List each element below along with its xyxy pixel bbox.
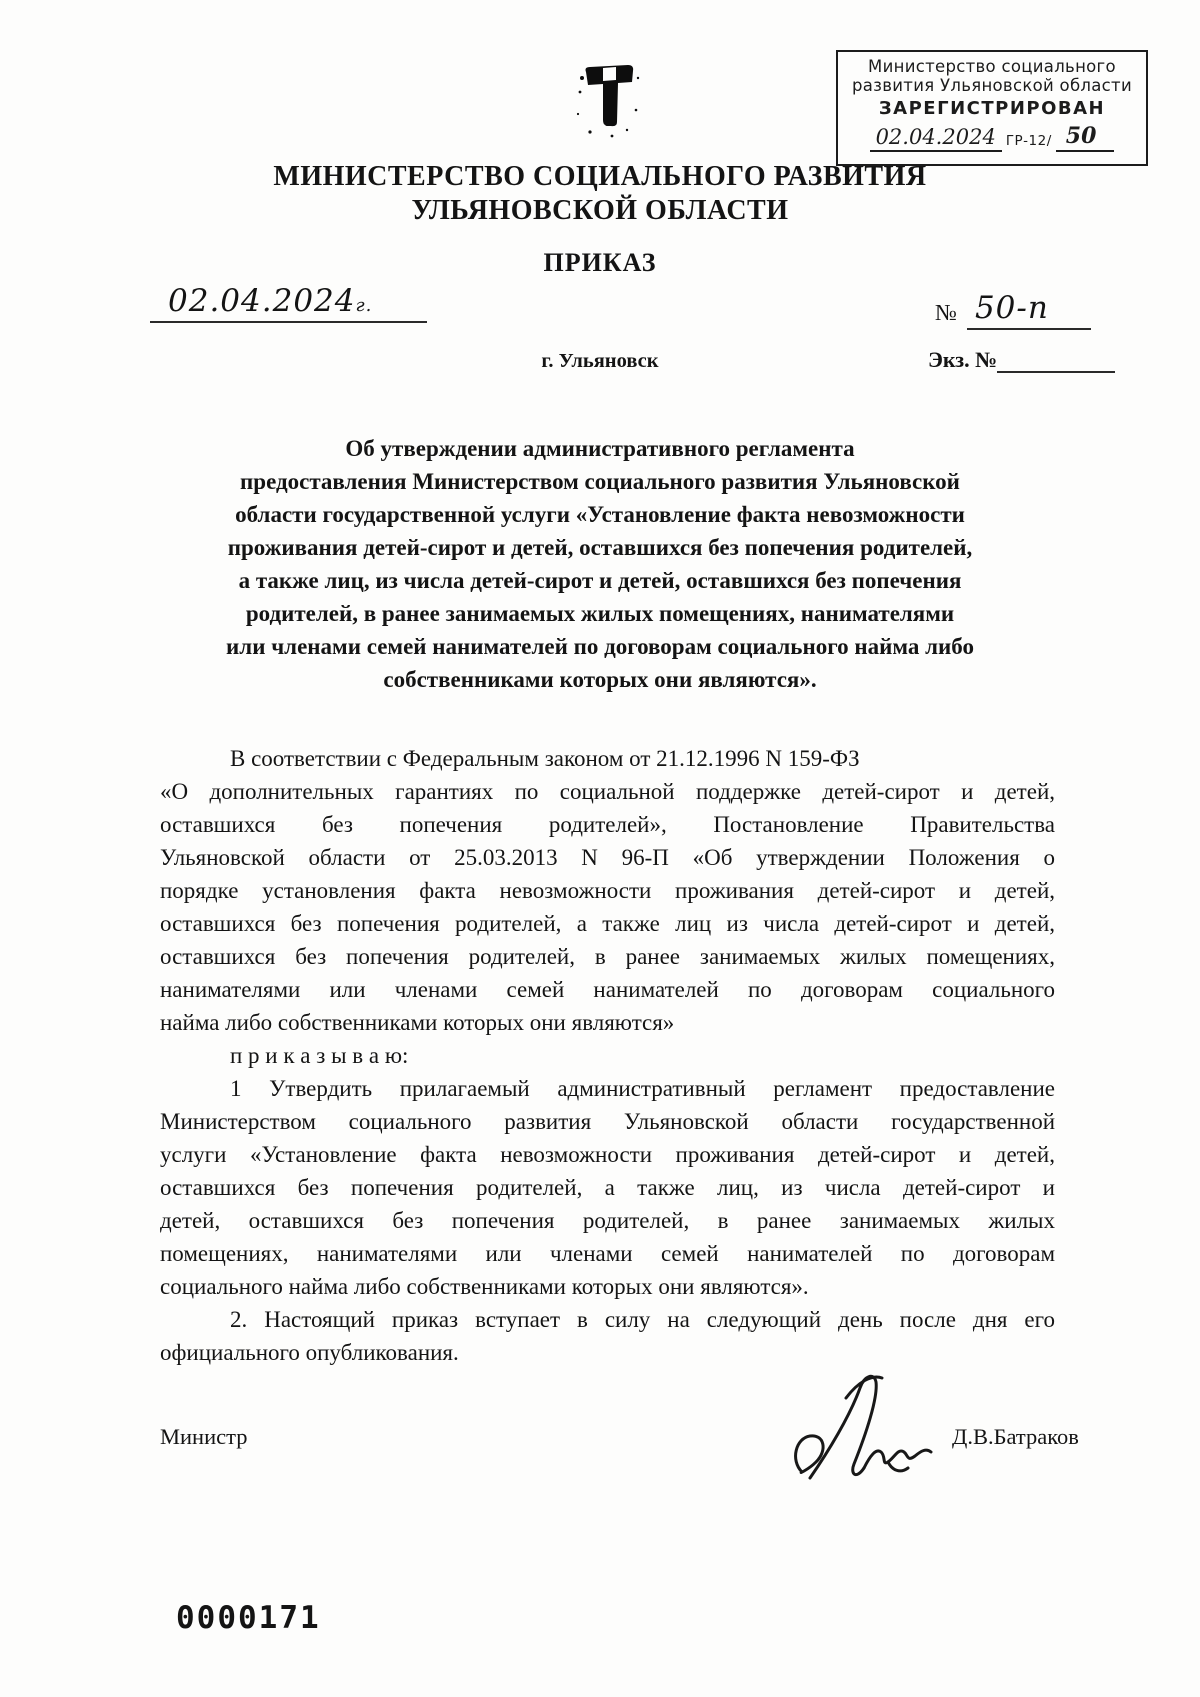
order-title: Об утверждении административного регламе… <box>150 432 1050 696</box>
order-body-line: Министерством социального развития Ульян… <box>160 1105 1055 1138</box>
stamp-handwritten-date: 02.04.2024 <box>870 125 1002 152</box>
ministry-name-line2: УЛЬЯНОВСКОЙ ОБЛАСТИ <box>0 194 1200 228</box>
order-body-line: оставшихся без попечения родителей, в ра… <box>160 940 1055 973</box>
order-body-line: нанимателями или членами семей нанимател… <box>160 973 1055 1006</box>
order-title-line: а также лиц, из числа детей-сирот и дете… <box>150 564 1050 597</box>
ministry-name-line1: МИНИСТЕРСТВО СОЦИАЛЬНОГО РАЗВИТИЯ <box>0 160 1200 194</box>
order-title-line: Об утверждении административного регламе… <box>150 432 1050 465</box>
handwritten-order-date: 02.04.2024г. <box>150 283 427 323</box>
ministry-name: МИНИСТЕРСТВО СОЦИАЛЬНОГО РАЗВИТИЯ УЛЬЯНО… <box>0 160 1200 228</box>
stamp-date-number-row: 02.04.2024 ГР-12/ 50 <box>844 123 1140 152</box>
order-body-line: услуги «Установление факта невозможности… <box>160 1138 1055 1171</box>
order-body-line: «О дополнительных гарантиях по социально… <box>160 775 1055 808</box>
order-document-page: Министерство социального развития Ульяно… <box>0 0 1200 1697</box>
order-body-line: 2. Настоящий приказ вступает в силу на с… <box>160 1303 1055 1336</box>
stamp-org-line2: развития Ульяновской области <box>844 76 1140 95</box>
stamp-case-prefix: ГР-12/ <box>1006 133 1052 152</box>
order-title-line: или членами семей нанимателей по договор… <box>150 630 1050 663</box>
handwritten-order-number: 50-п <box>967 290 1091 330</box>
order-body-text: В соответствии с Федеральным законом от … <box>160 742 1055 1369</box>
stamp-org-line1: Министерство социального <box>844 57 1140 76</box>
handwritten-order-date-value: 02.04.2024 <box>168 283 356 319</box>
handwritten-signature-icon <box>788 1368 963 1490</box>
order-body-line: п р и к а з ы в а ю: <box>160 1039 1055 1072</box>
order-body-line: оставшихся без попечения родителей», Пос… <box>160 808 1055 841</box>
order-body-line: помещениях, нанимателями или членами сем… <box>160 1237 1055 1270</box>
number-sign: № <box>935 300 957 330</box>
document-type-heading: ПРИКАЗ <box>0 248 1200 278</box>
order-body-line: порядке установления факта невозможности… <box>160 874 1055 907</box>
order-body-line: найма либо собственниками которых они яв… <box>160 1006 1055 1039</box>
document-registration-number: 0000171 <box>176 1600 321 1636</box>
order-title-line: проживания детей-сирот и детей, оставших… <box>150 531 1050 564</box>
registration-stamp: Министерство социального развития Ульяно… <box>836 50 1148 166</box>
order-body-line: социального найма либо собственниками ко… <box>160 1270 1055 1303</box>
order-number-row: № 50-п <box>935 290 1091 330</box>
order-body-line: детей, оставшихся без попечения родителе… <box>160 1204 1055 1237</box>
order-body-line: Ульяновской области от 25.03.2013 N 96-П… <box>160 841 1055 874</box>
handwritten-date-suffix: г. <box>356 295 373 316</box>
order-body-line: оставшихся без попечения родителей, а та… <box>160 1171 1055 1204</box>
order-body-line: оставшихся без попечения родителей, а та… <box>160 907 1055 940</box>
order-title-line: родителей, в ранее занимаемых жилых поме… <box>150 597 1050 630</box>
order-body-line: В соответствии с Федеральным законом от … <box>160 742 1055 775</box>
order-title-line: собственниками которых они являются». <box>150 663 1050 696</box>
signer-position: Министр <box>160 1424 247 1450</box>
order-title-line: предоставления Министерством социального… <box>150 465 1050 498</box>
signer-name: Д.В.Батраков <box>952 1424 1079 1450</box>
order-title-line: области государственной услуги «Установл… <box>150 498 1050 531</box>
stamp-registered-label: ЗАРЕГИСТРИРОВАН <box>844 98 1140 119</box>
city-line: г. Ульяновск <box>0 350 1200 373</box>
ministry-emblem-icon <box>572 58 646 140</box>
stamp-handwritten-number: 50 <box>1056 123 1115 152</box>
order-body-line: официального опубликования. <box>160 1336 1055 1369</box>
order-body-line: 1 Утвердить прилагаемый административный… <box>160 1072 1055 1105</box>
